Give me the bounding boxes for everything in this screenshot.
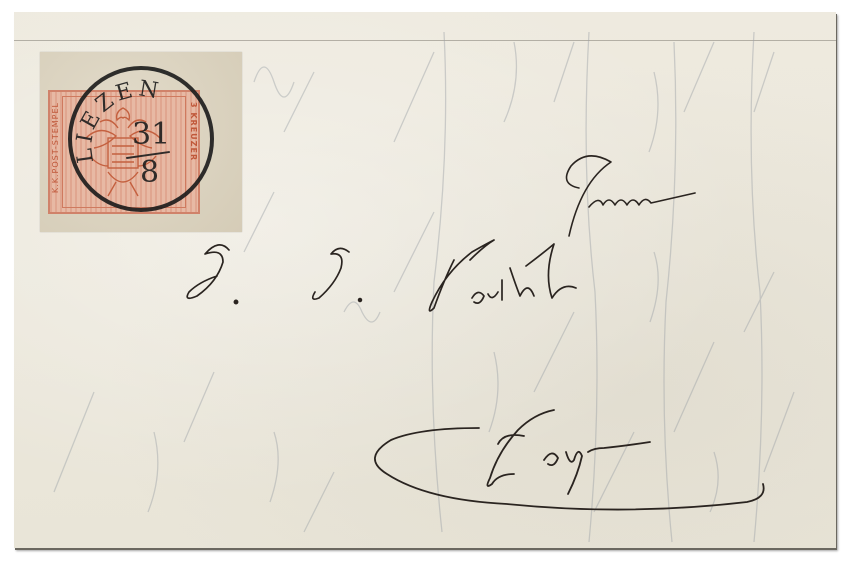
salutation-herrn (567, 156, 696, 236)
recipient-name-voith (187, 240, 576, 311)
handwritten-address (14, 12, 836, 548)
destination-steyr (375, 410, 764, 510)
envelope-cover: K.K.POST-STEMPEL 3 KREUZER (14, 12, 836, 548)
